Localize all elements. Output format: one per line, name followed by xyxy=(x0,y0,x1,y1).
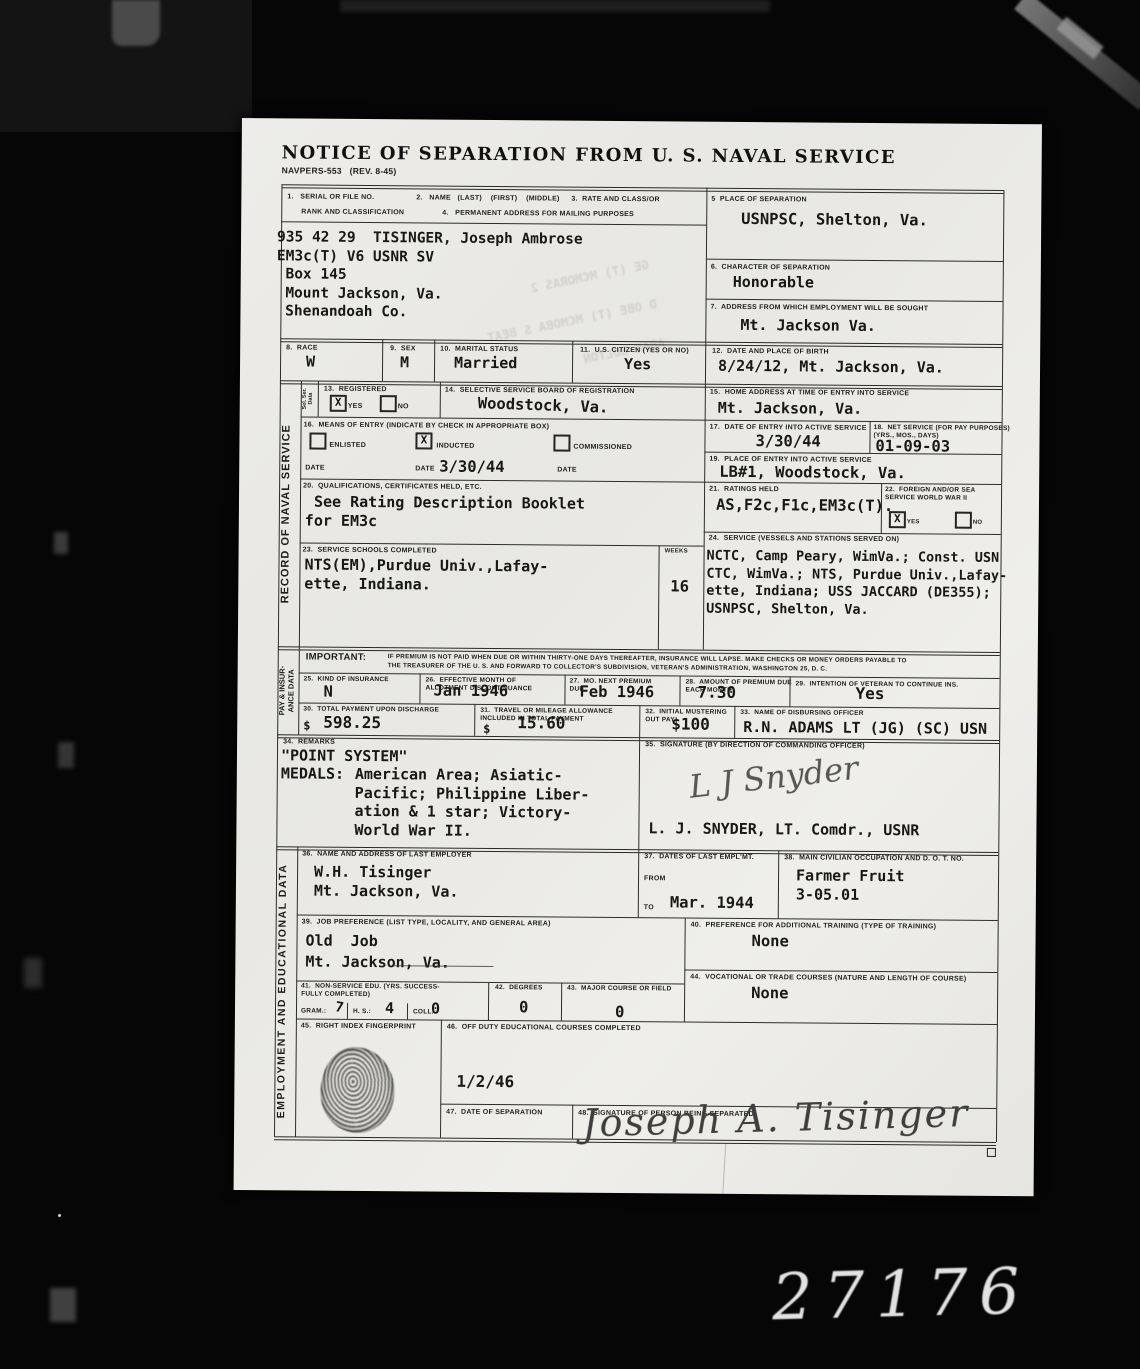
form-title: NOTICE OF SEPARATION FROM U. S. NAVAL SE… xyxy=(282,142,896,168)
rule xyxy=(658,545,660,649)
box16-commissioned-label: COMMISSIONED xyxy=(573,443,632,452)
scanned-microfilm-frame: { "header": { "title": "NOTICE OF SEPARA… xyxy=(0,0,1140,1369)
box28-value: 7.30 xyxy=(697,684,736,703)
box42-value: 0 xyxy=(519,998,528,1017)
box16-inducted-label: INDUCTED xyxy=(436,442,474,451)
box24-value: NCTC, Camp Peary, WimVa.; Const. USN CTC… xyxy=(706,548,1007,620)
box41-label: 41. NON-SERVICE EDU. (YRS. SUCCESS- FULL… xyxy=(301,982,440,999)
box16-enlisted-label: ENLISTED xyxy=(329,441,366,450)
box46-label: 46. OFF DUTY EDUCATIONAL COURSES COMPLET… xyxy=(447,1023,641,1034)
box44-value: None xyxy=(751,984,788,1003)
film-top-streak xyxy=(340,0,770,12)
rule xyxy=(281,184,1003,194)
box5-value: USNPSC, Shelton, Va. xyxy=(741,210,928,230)
separated-person-signature: Joseph A. Tisinger xyxy=(582,1091,970,1145)
rule xyxy=(706,299,1003,302)
box15-label: 15. HOME ADDRESS AT TIME OF ENTRY INTO S… xyxy=(710,388,910,399)
box26-value: Jan 1946 xyxy=(433,682,508,701)
box10-label: 10. MARITAL STATUS xyxy=(440,345,518,355)
box41-hs-label: H. S.: xyxy=(353,1008,371,1016)
rule xyxy=(679,675,680,705)
rule xyxy=(638,849,640,917)
check-mark: X xyxy=(335,396,342,409)
box16-label: 16. MEANS OF ENTRY (INDICATE BY CHECK IN… xyxy=(304,420,550,431)
pencil-stray-line xyxy=(722,1144,726,1194)
box7-value: Mt. Jackson Va. xyxy=(740,316,876,336)
checkbox-registered-no xyxy=(380,395,397,412)
film-white-dot xyxy=(58,1214,61,1217)
box31-value: 15.60 xyxy=(517,714,565,733)
box8-label: 8. RACE xyxy=(286,343,318,352)
box40-label: 40. PREFERENCE FOR ADDITIONAL TRAINING (… xyxy=(691,921,937,932)
check-mark: X xyxy=(421,433,428,446)
box17-value: 3/30/44 xyxy=(755,432,820,451)
box6-value: Honorable xyxy=(733,273,814,292)
box23-label: 23. SERVICE SCHOOLS COMPLETED xyxy=(303,545,437,555)
selser-band-label: Sel. Ser. Data xyxy=(302,381,318,415)
box16-date-label-3: DATE xyxy=(557,465,577,474)
important-text: IF PREMIUM IS NOT PAID WHEN DUE OR WITHI… xyxy=(388,652,907,674)
box20-label: 20. QUALIFICATIONS, CERTIFICATES HELD, E… xyxy=(303,481,482,491)
film-sprocket-blob xyxy=(112,0,160,46)
box43-label: 43. MAJOR COURSE OR FIELD xyxy=(567,985,671,994)
box13-yes-label: YES xyxy=(348,402,363,411)
box38-label: 38. MAIN CIVILIAN OCCUPATION AND D. O. T… xyxy=(784,853,964,863)
box13-no-label: NO xyxy=(398,402,409,411)
rule xyxy=(474,704,475,736)
box22-label: 22. FOREIGN AND/OR SEA SERVICE WORLD WAR… xyxy=(885,486,976,503)
box38-value: Farmer Fruit 3-05.01 xyxy=(796,866,905,905)
box12-value: 8/24/12, Mt. Jackson, Va. xyxy=(718,357,944,377)
box14-value: Woodstock, Va. xyxy=(477,394,608,417)
box11-value: Yes xyxy=(624,355,651,374)
box44-label: 44. VOCATIONAL OR TRADE COURSES (NATURE … xyxy=(690,973,966,984)
box34-remark-1: "POINT SYSTEM" xyxy=(281,746,408,765)
checkbox-registered-yes: X xyxy=(330,395,347,412)
form-number: NAVPERS-553 (REV. 8-45) xyxy=(282,166,397,176)
registry-square-mark xyxy=(987,1148,996,1157)
box34-remark-2: MEDALS: xyxy=(281,764,344,783)
rule xyxy=(734,706,735,738)
box34-remark-3: American Area; Asiatic- Pacific; Philipp… xyxy=(354,765,589,841)
checkbox-foreign-sea-no xyxy=(955,512,972,529)
rule xyxy=(561,983,562,1021)
film-speck-4 xyxy=(50,1288,76,1322)
box40-value: None xyxy=(751,932,788,951)
box41-gram-label: GRAM.: xyxy=(301,1007,326,1015)
box5-label: 5 PLACE OF SEPARATION xyxy=(711,195,807,205)
commanding-officer-signature: L J Snyder xyxy=(687,749,860,806)
box11-label: 11. U.S. CITIZEN (YES OR NO) xyxy=(580,346,689,356)
box25-label: 25. KIND OF INSURANCE xyxy=(304,676,389,685)
box15-value: Mt. Jackson, Va. xyxy=(718,399,863,419)
box46-value: 1/2/46 xyxy=(456,1073,514,1092)
box41-gram-value: 7 xyxy=(334,998,345,1018)
separation-notice-document: GE (T) MCMORAS 2 D OBE (T) MCMOBA S BEAT… xyxy=(234,118,1042,1196)
box47-label: 47. DATE OF SEPARATION xyxy=(446,1108,542,1118)
box10-value: Married xyxy=(454,354,517,373)
rule xyxy=(419,673,420,703)
box23-weeks-label: WEEKS xyxy=(665,548,688,555)
box1-label: 1. SERIAL OR FILE NO. xyxy=(287,192,374,202)
check-mark: X xyxy=(894,512,901,525)
box2-label: 2. NAME (LAST) (FIRST) (MIDDLE) xyxy=(416,193,559,203)
box20-value: See Rating Description Booklet for EM3c xyxy=(305,493,585,533)
box39-value: Old Job Mt. Jackson, Va. xyxy=(305,931,450,974)
box37-from-label: FROM xyxy=(644,874,666,883)
box19-value: LB#1, Woodstock, Va. xyxy=(719,463,906,483)
film-speck-3 xyxy=(24,958,42,988)
box14-label: 14. SELECTIVE SERVICE BOARD OF REGISTRAT… xyxy=(445,386,635,396)
box9-label: 9. SEX xyxy=(390,344,416,353)
box36-label: 36. NAME AND ADDRESS OF LAST EMPLOYER xyxy=(302,849,472,859)
section-record-label: RECORD OF NAVAL SERVICE xyxy=(279,380,301,646)
box45-label: 45. RIGHT INDEX FINGERPRINT xyxy=(301,1021,416,1031)
box4-label: 4. PERMANENT ADDRESS FOR MAILING PURPOSE… xyxy=(442,209,634,220)
rule xyxy=(572,1105,573,1139)
rule xyxy=(281,221,706,225)
box1-4-value: 935 42 29 TISINGER, Joseph Ambrose EM3c(… xyxy=(276,228,582,323)
box32-value: $100 xyxy=(671,715,710,734)
box13-label: 13. REGISTERED xyxy=(324,385,387,394)
fingerprint-image xyxy=(317,1044,398,1136)
box25-value: N xyxy=(323,683,332,702)
film-speck-2 xyxy=(58,742,74,768)
box22-yes-label: YES xyxy=(907,519,920,526)
box34-label: 34. REMARKS xyxy=(283,737,335,746)
rule xyxy=(347,1003,348,1019)
film-corner-streak xyxy=(1014,0,1140,110)
section-pay-label: PAY & INSUR- ANCE DATA xyxy=(277,646,299,734)
box16-date-label-1: DATE xyxy=(305,464,325,473)
box35-typed-name: L. J. SNYDER, LT. Comdr., USNR xyxy=(648,819,919,840)
box27-value: Feb 1946 xyxy=(579,683,654,702)
box33-label: 33. NAME OF DISBURSING OFFICER xyxy=(740,709,863,718)
box16-date-value: 3/30/44 xyxy=(439,458,504,477)
rule xyxy=(778,850,780,918)
section-employment-label: EMPLOYMENT AND EDUCATIONAL DATA xyxy=(275,846,297,1136)
box3-label-2: RANK AND CLASSIFICATION xyxy=(301,207,404,217)
box39-label: 39. JOB PREFERENCE (LIST TYPE, LOCALITY,… xyxy=(302,917,551,928)
box22-no-label: NO xyxy=(973,520,983,527)
box41-coll-value: 0 xyxy=(431,1000,440,1019)
rule xyxy=(639,705,640,737)
rule xyxy=(440,1020,442,1138)
box35-label: 35. SIGNATURE (BY DIRECTION OF COMMANDIN… xyxy=(645,740,865,751)
rule xyxy=(488,982,489,1020)
film-frame-number: 27176 xyxy=(771,1255,1031,1336)
box24-label: 24. SERVICE (VESSELS AND STATIONS SERVED… xyxy=(709,534,900,544)
box36-value: W.H. Tisinger Mt. Jackson, Va. xyxy=(314,863,459,902)
box16-date-label-2: DATE xyxy=(415,464,435,473)
box6-label: 6. CHARACTER OF SEPARATION xyxy=(711,263,830,273)
box8-value: W xyxy=(306,353,315,372)
film-speck-1 xyxy=(54,532,68,554)
box9-value: M xyxy=(400,353,409,372)
checkbox-inducted: X xyxy=(415,432,432,449)
rule xyxy=(440,382,441,418)
box42-label: 42. DEGREES xyxy=(495,984,542,992)
box21-value: AS,F2c,F1c,EM3c(T). xyxy=(716,496,893,516)
box30-currency: $ xyxy=(303,716,310,735)
checkbox-foreign-sea-yes: X xyxy=(889,511,906,528)
box12-label: 12. DATE AND PLACE OF BIRTH xyxy=(712,347,829,357)
box41-hs-value: 4 xyxy=(385,999,394,1018)
rule xyxy=(638,737,640,849)
important-label: IMPORTANT: xyxy=(306,653,366,662)
rule xyxy=(996,190,1004,1142)
rule xyxy=(869,421,870,453)
box23-value: NTS(EM),Purdue Univ.,Lafay- ette, Indian… xyxy=(304,556,548,596)
rule xyxy=(564,675,565,705)
checkbox-enlisted xyxy=(309,433,326,450)
rule xyxy=(382,339,383,381)
box29-value: Yes xyxy=(855,685,884,704)
rule xyxy=(881,483,882,533)
box37-to-label: TO xyxy=(644,903,654,912)
box7-label: 7. ADDRESS FROM WHICH EMPLOYMENT WILL BE… xyxy=(710,303,928,314)
rule xyxy=(407,1003,408,1019)
box30-value: 598.25 xyxy=(323,714,381,733)
box33-value: R.N. ADAMS LT (JG) (SC) USN xyxy=(743,718,987,738)
box3-label: 3. RATE AND CLASS/OR xyxy=(571,195,660,205)
box37-label: 37. DATES OF LAST EMPL'MT. xyxy=(644,852,754,862)
rule xyxy=(434,340,435,382)
box23-weeks-value: 16 xyxy=(670,577,689,596)
box37-value: Mar. 1944 xyxy=(670,893,754,912)
box43-value: 0 xyxy=(615,1003,624,1022)
box21-label: 21. RATINGS HELD xyxy=(709,485,779,495)
rule xyxy=(706,259,1003,262)
checkbox-commissioned xyxy=(553,434,570,451)
